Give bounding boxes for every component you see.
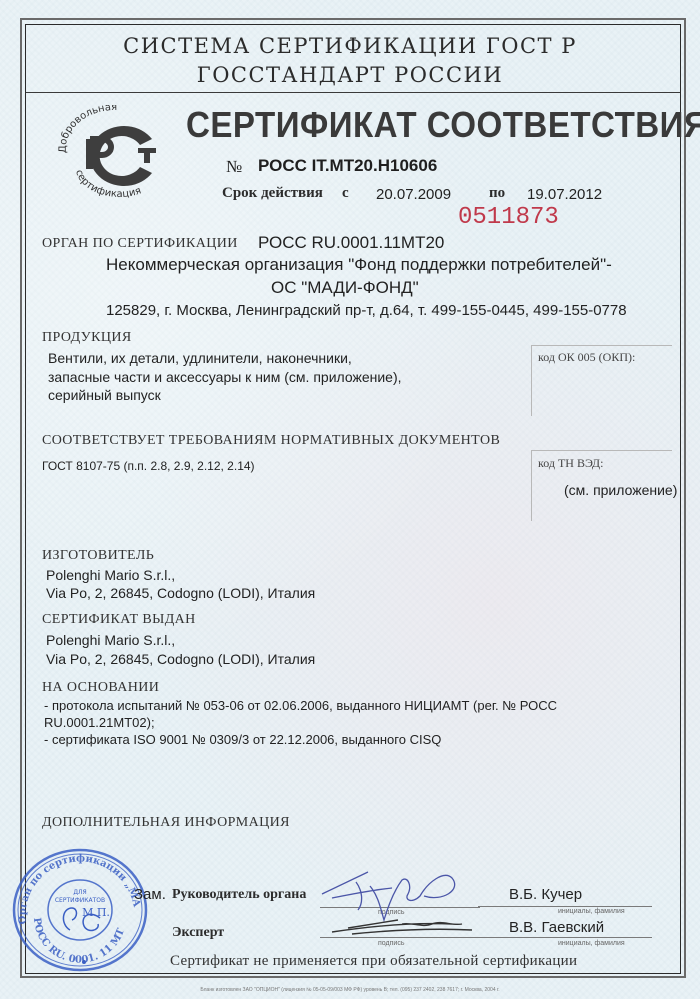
conformity-heading: СООТВЕТСТВУЕТ ТРЕБОВАНИЯМ НОРМАТИВНЫХ ДО…	[42, 433, 500, 449]
valid-from-date: 20.07.2009	[376, 186, 451, 203]
header-divider	[26, 92, 680, 93]
expert-name-caption: инициалы, фамилия	[558, 940, 625, 947]
rst-logo: Добровольная сертификация	[52, 105, 177, 200]
validity-label: Срок действия	[222, 185, 323, 202]
svg-text:СЕРТИФИКАТОВ: СЕРТИФИКАТОВ	[55, 897, 105, 904]
certification-body-code: РОСС RU.0001.11МТ20	[258, 233, 444, 253]
certificate-title: СЕРТИФИКАТ СООТВЕТСТВИЯ	[186, 104, 700, 146]
expert-name: В.В. Гаевский	[509, 919, 604, 936]
manufacturer-name: Polenghi Mario S.r.l.,	[46, 567, 175, 583]
product-line-1: Вентили, их детали, удлинители, наконечн…	[48, 350, 352, 366]
certificate-number: РОСС IT.MT20.H10606	[258, 156, 437, 176]
head-name-line	[478, 906, 652, 907]
handwritten-signatures	[312, 860, 482, 950]
valid-from-label: с	[342, 185, 349, 202]
expert-name-line	[478, 937, 652, 938]
product-line-2: запасные части и аксессуары к ним (см. п…	[48, 369, 402, 385]
basis-heading: НА ОСНОВАНИИ	[42, 680, 159, 696]
signature-scribble-icon	[312, 860, 482, 950]
manufacturer-heading: ИЗГОТОВИТЕЛЬ	[42, 548, 154, 564]
product-line-3: серийный выпуск	[48, 387, 161, 403]
basis-line-2: RU.0001.21МТ02);	[44, 715, 155, 730]
deputy-prefix: Зам.	[134, 886, 166, 903]
certification-body-name-line2: ОС "МАДИ-ФОНД"	[271, 278, 419, 298]
official-stamp: Орган по сертификации „МАДИ-ФОНД" РОСС R…	[4, 838, 154, 973]
certification-body-label: ОРГАН ПО СЕРТИФИКАЦИИ	[42, 236, 238, 252]
tnved-code-value: (см. приложение)	[564, 482, 677, 498]
head-of-body-label: Руководитель органа	[172, 887, 306, 903]
number-sign: №	[226, 157, 242, 177]
head-name-caption: инициалы, фамилия	[558, 908, 625, 915]
additional-info-heading: ДОПОЛНИТЕЛЬНАЯ ИНФОРМАЦИЯ	[42, 815, 290, 831]
certification-body-address: 125829, г. Москва, Ленинградский пр-т, д…	[106, 302, 627, 319]
stamp-seal-icon: Орган по сертификации „МАДИ-ФОНД" РОСС R…	[4, 838, 154, 973]
footer-note: Сертификат не применяется при обязательн…	[170, 953, 577, 970]
head-name: В.Б. Кучер	[509, 886, 582, 903]
tnved-code-label: код ТН ВЭД:	[538, 456, 603, 471]
system-title-line1: СИСТЕМА СЕРТИФИКАЦИИ ГОСТ Р	[0, 34, 700, 58]
issued-to-address: Via Po, 2, 26845, Codogno (LODI), Италия	[46, 651, 315, 667]
manufacturer-address: Via Po, 2, 26845, Codogno (LODI), Италия	[46, 585, 315, 601]
issued-to-name: Polenghi Mario S.r.l.,	[46, 632, 175, 648]
product-heading: ПРОДУКЦИЯ	[42, 330, 132, 346]
blank-serial-number: 0511873	[458, 204, 559, 231]
okp-code-label: код ОК 005 (ОКП):	[538, 350, 635, 365]
svg-text:ДЛЯ: ДЛЯ	[73, 889, 86, 896]
blank-manufacturer-fineprint: Бланк изготовлен ЗАО "ОПЦИОН" (лицензия …	[0, 987, 700, 993]
system-title-line2: ГОССТАНДАРТ РОССИИ	[0, 63, 700, 87]
certification-body-name-line1: Некоммерческая организация "Фонд поддерж…	[106, 255, 612, 275]
basis-line-3: - сертификата ISO 9001 № 0309/3 от 22.12…	[44, 732, 441, 747]
valid-to-label: по	[489, 185, 505, 202]
basis-line-1: - протокола испытаний № 053-06 от 02.06.…	[44, 698, 557, 713]
conformity-standard: ГОСТ 8107-75 (п.п. 2.8, 2.9, 2.12, 2.14)	[42, 459, 255, 473]
issued-to-heading: СЕРТИФИКАТ ВЫДАН	[42, 612, 196, 628]
rst-logo-icon: Добровольная сертификация	[52, 105, 177, 200]
valid-to-date: 19.07.2012	[527, 186, 602, 203]
svg-text:М.П.: М.П.	[82, 906, 110, 919]
expert-label: Эксперт	[172, 925, 224, 941]
